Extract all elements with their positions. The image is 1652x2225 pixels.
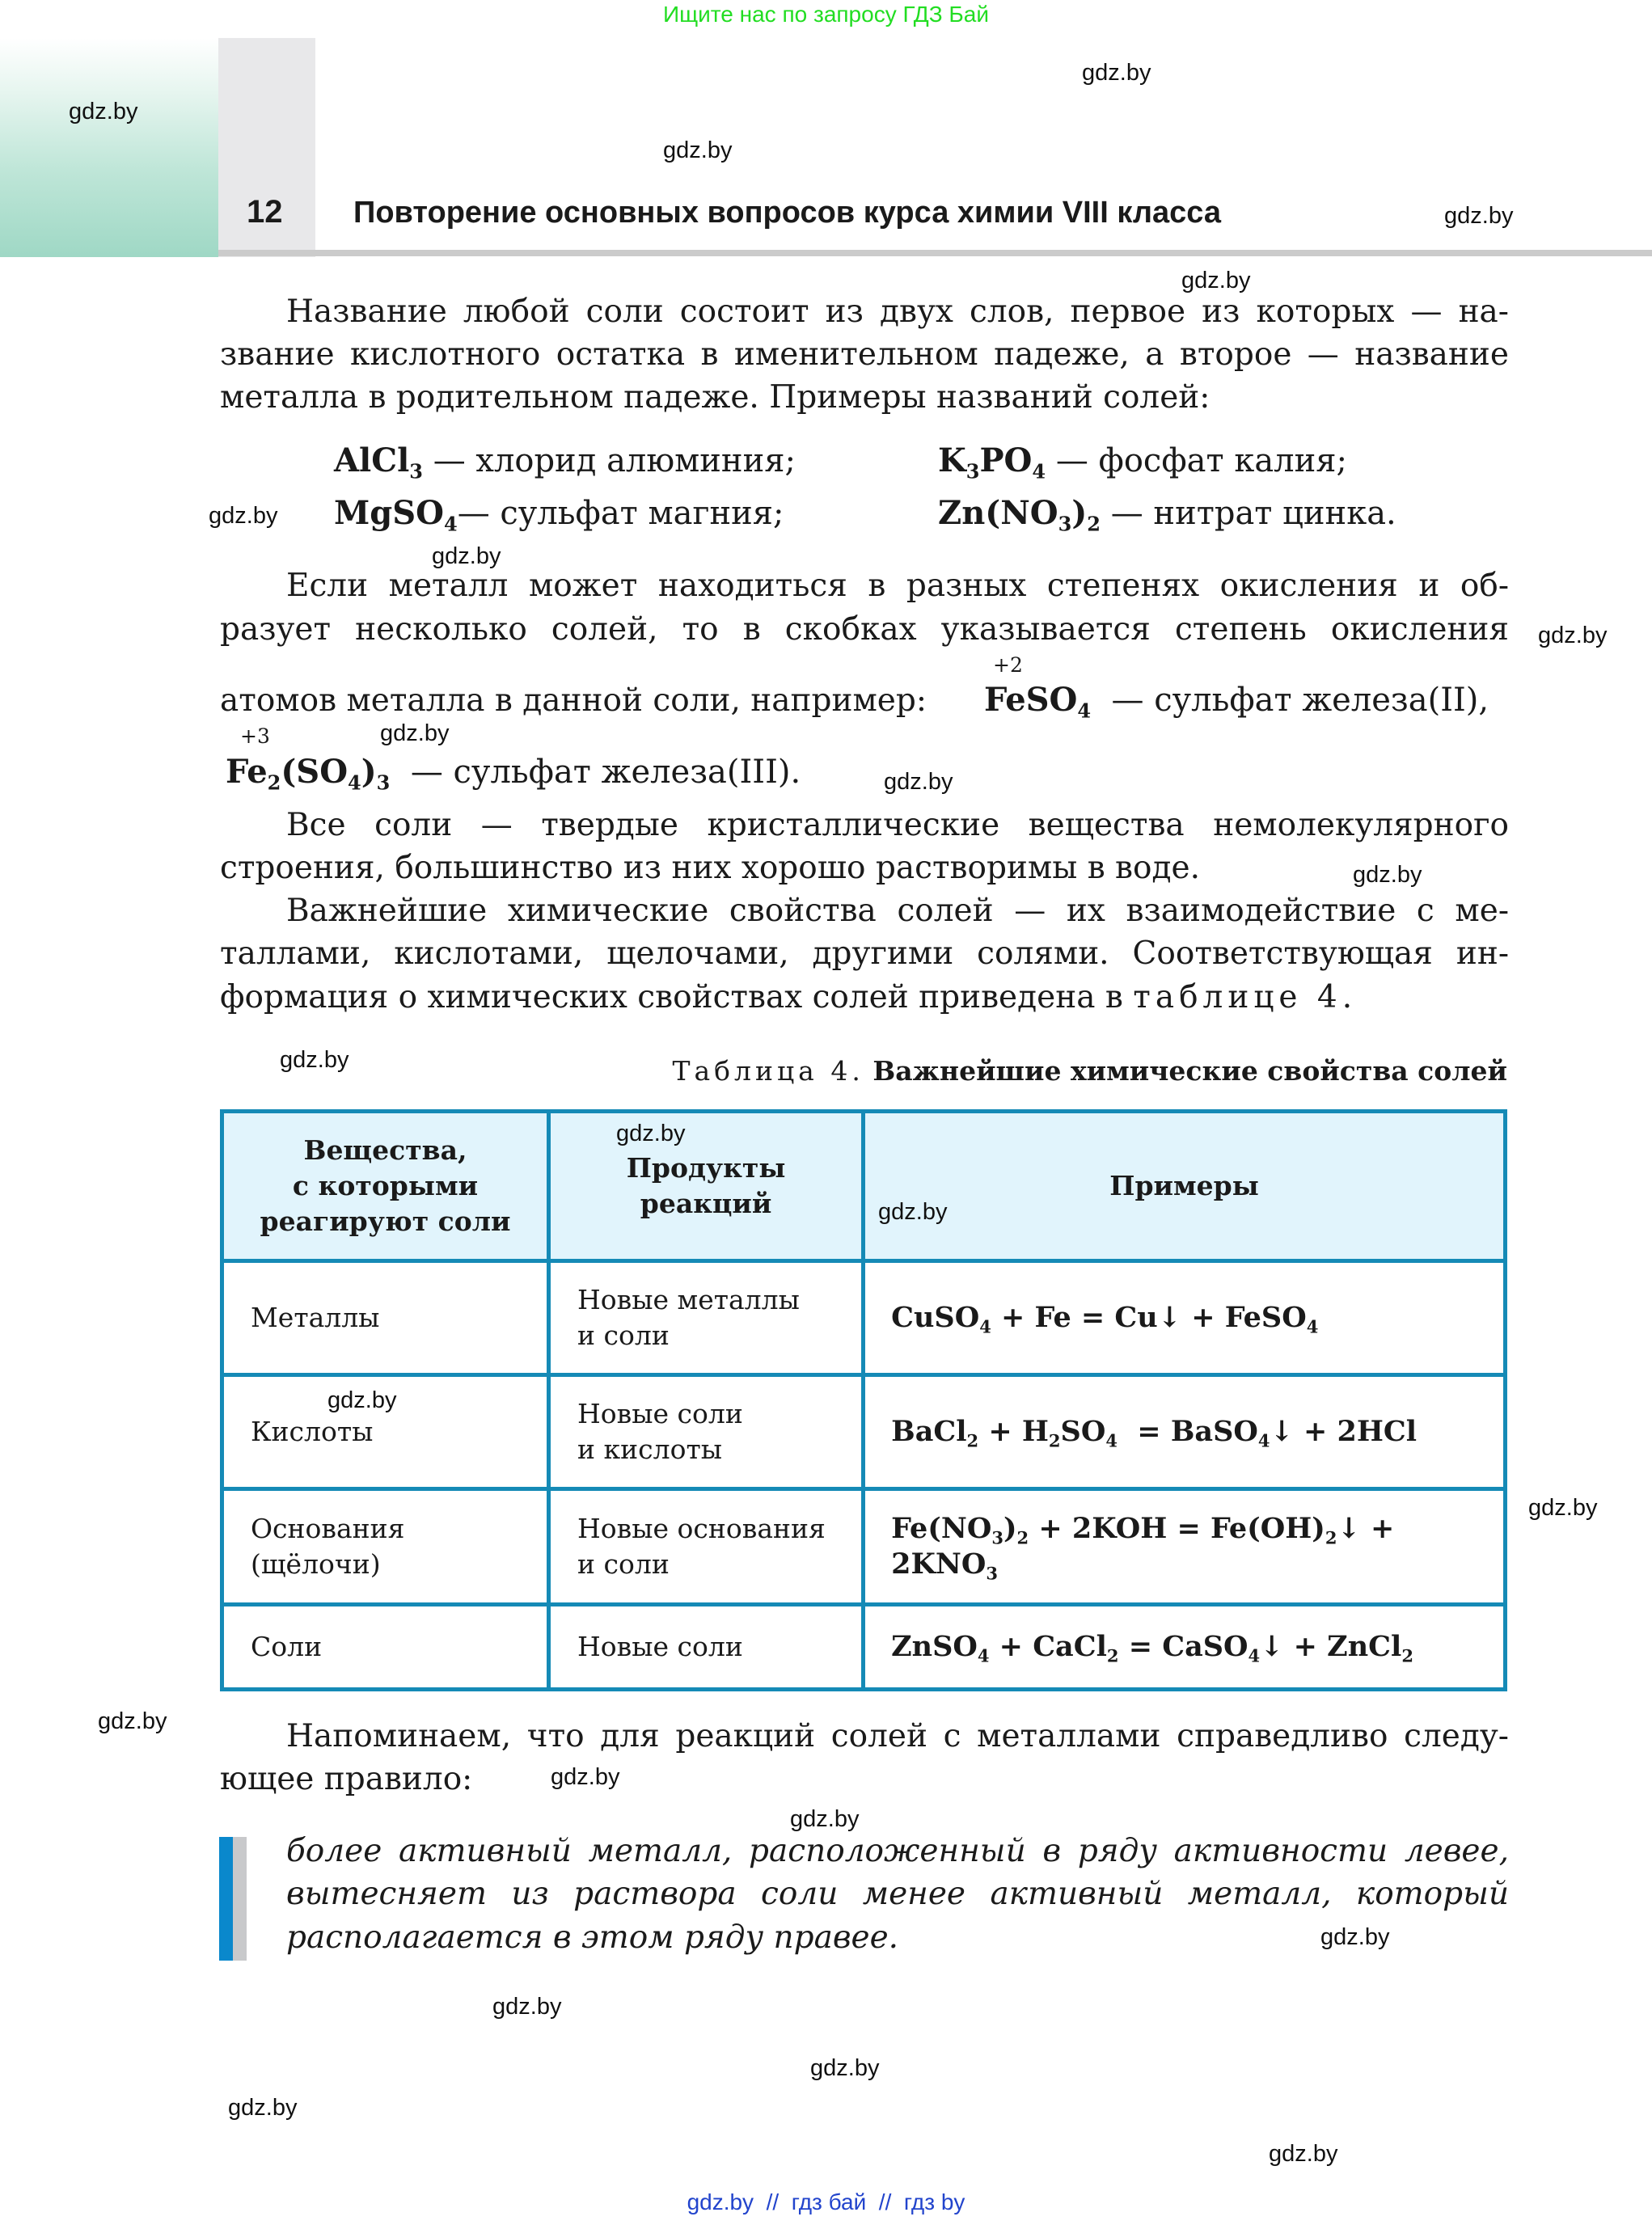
watermark: gdz.by	[884, 769, 953, 796]
paragraph-4-line-1: Важнейшие химические свойства солей — их…	[220, 892, 1509, 931]
table-row: Соли Новые соли ZnSO4 + CaCl2 = CaSO4↓ +…	[222, 1605, 1506, 1690]
salt-example-k3po4: K3PO4 — фосфат калия;	[938, 441, 1347, 479]
oxidation-state-fe3: +3	[240, 724, 270, 748]
footer-links[interactable]: gdz.by // гдз бай // гдз by	[0, 2189, 1652, 2215]
salt-example-zn-no3-2: Zn(NO3)2 — нитрат цинка.	[938, 494, 1396, 532]
watermark: gdz.by	[209, 503, 277, 530]
paragraph-4-line-2: таллами, кислотами, щелочами, другими со…	[220, 935, 1509, 973]
product-cell: Новые солии кислоты	[549, 1375, 864, 1489]
table-row: Основания(щёлочи) Новые основанияи соли …	[222, 1489, 1506, 1605]
example-cell: CuSO4 + Fe = Cu↓ + FeSO4	[864, 1261, 1506, 1375]
example-fe2-so4-3: Fe2(SO4)3 — сульфат железа(III).	[226, 753, 801, 791]
table-caption: Таблица 4. Важнейшие химические свойства…	[672, 1055, 1507, 1087]
watermark: gdz.by	[1353, 862, 1422, 889]
table-row: Кислоты Новые солии кислоты BaCl2 + H2SO…	[222, 1375, 1506, 1489]
header-examples: Примеры	[864, 1112, 1506, 1261]
rule-line-1: более активный металл, расположенный в р…	[286, 1832, 1509, 1871]
watermark: gdz.by	[1538, 623, 1607, 649]
oxidation-state-fe2: +2	[993, 653, 1023, 677]
watermark: gdz.by	[810, 2055, 879, 2082]
watermark: gdz.by	[878, 1199, 947, 1226]
watermark: gdz.by	[492, 1994, 561, 2020]
paragraph-3-line-2: строения, большинство из них хорошо раст…	[220, 849, 1509, 888]
header-color-band	[0, 38, 218, 257]
table-header-row: Вещества,с которымиреагируют соли Продук…	[222, 1112, 1506, 1261]
watermark: gdz.by	[228, 2095, 297, 2122]
watermark: gdz.by	[432, 543, 501, 570]
paragraph-1-line-1: Название любой соли состоит из двух слов…	[220, 293, 1509, 331]
product-cell: Новые металлыи соли	[549, 1261, 864, 1375]
product-cell: Новые основанияи соли	[549, 1489, 864, 1605]
salt-example-mgso4: MgSO4— сульфат магния;	[334, 494, 784, 532]
paragraph-5-line-2: ющее правило:	[220, 1760, 1509, 1799]
example-feso4: FeSO4 — сульфат железа(II),	[984, 681, 1489, 719]
paragraph-2-line-2: разует несколько солей, то в скобках ука…	[220, 610, 1509, 649]
chapter-title: Повторение основных вопросов курса химии…	[353, 196, 1221, 230]
paragraph-3-line-1: Все соли — твердые кристаллические вещес…	[220, 806, 1509, 845]
reagent-cell: Металлы	[222, 1261, 549, 1375]
product-cell: Новые соли	[549, 1605, 864, 1690]
watermark: gdz.by	[1320, 1924, 1389, 1951]
watermark: gdz.by	[616, 1121, 685, 1147]
rule-line-2: вытесняет из раствора соли менее активны…	[286, 1875, 1509, 1914]
salt-example-alcl3: AlCl3 — хлорид алюминия;	[334, 441, 796, 479]
watermark: gdz.by	[1528, 1495, 1597, 1522]
paragraph-1-line-3: металла в родительном падеже. Примеры на…	[220, 378, 1509, 417]
watermark: gdz.by	[1181, 268, 1250, 294]
paragraph-5-line-1: Напоминаем, что для реакций солей с мета…	[220, 1717, 1509, 1756]
search-banner: Ищите нас по запросу ГДЗ Бай	[0, 2, 1652, 27]
watermark: gdz.by	[790, 1806, 859, 1833]
paragraph-4-line-3: формация о химических свойствах солей пр…	[220, 978, 1357, 1017]
table-reference: таблице 4.	[1133, 979, 1357, 1015]
header-reagents: Вещества,с которымиреагируют соли	[222, 1112, 549, 1261]
quote-bar-blue	[219, 1837, 233, 1961]
watermark: gdz.by	[1444, 203, 1513, 230]
reagent-cell: Соли	[222, 1605, 549, 1690]
example-cell: BaCl2 + H2SO4 = BaSO4↓ + 2HCl	[864, 1375, 1506, 1489]
watermark: gdz.by	[551, 1764, 619, 1791]
watermark: gdz.by	[663, 137, 732, 164]
example-cell: Fe(NO3)2 + 2KOH = Fe(OH)2↓ + 2KNO3	[864, 1489, 1506, 1605]
watermark: gdz.by	[98, 1708, 167, 1735]
header-rule	[218, 250, 1652, 256]
paragraph-1-line-2: звание кислотного остатка в именительном…	[220, 336, 1509, 374]
watermark: gdz.by	[327, 1387, 396, 1414]
reagent-cell: Основания(щёлочи)	[222, 1489, 549, 1605]
watermark: gdz.by	[280, 1047, 349, 1074]
watermark: gdz.by	[69, 99, 137, 125]
example-cell: ZnSO4 + CaCl2 = CaSO4↓ + ZnCl2	[864, 1605, 1506, 1690]
salt-properties-table: Вещества,с которымиреагируют соли Продук…	[220, 1109, 1507, 1691]
table-row: Металлы Новые металлыи соли CuSO4 + Fe =…	[222, 1261, 1506, 1375]
quote-bar-gray	[233, 1837, 247, 1961]
watermark: gdz.by	[1269, 2141, 1337, 2168]
paragraph-2-line-3: атомов металла в данной соли, например:	[220, 682, 927, 720]
watermark: gdz.by	[380, 720, 449, 747]
watermark: gdz.by	[1082, 60, 1151, 87]
paragraph-2-line-1: Если металл может находиться в разных ст…	[220, 567, 1509, 606]
header-products: Продуктыреакций	[549, 1112, 864, 1261]
page-number: 12	[247, 194, 283, 230]
